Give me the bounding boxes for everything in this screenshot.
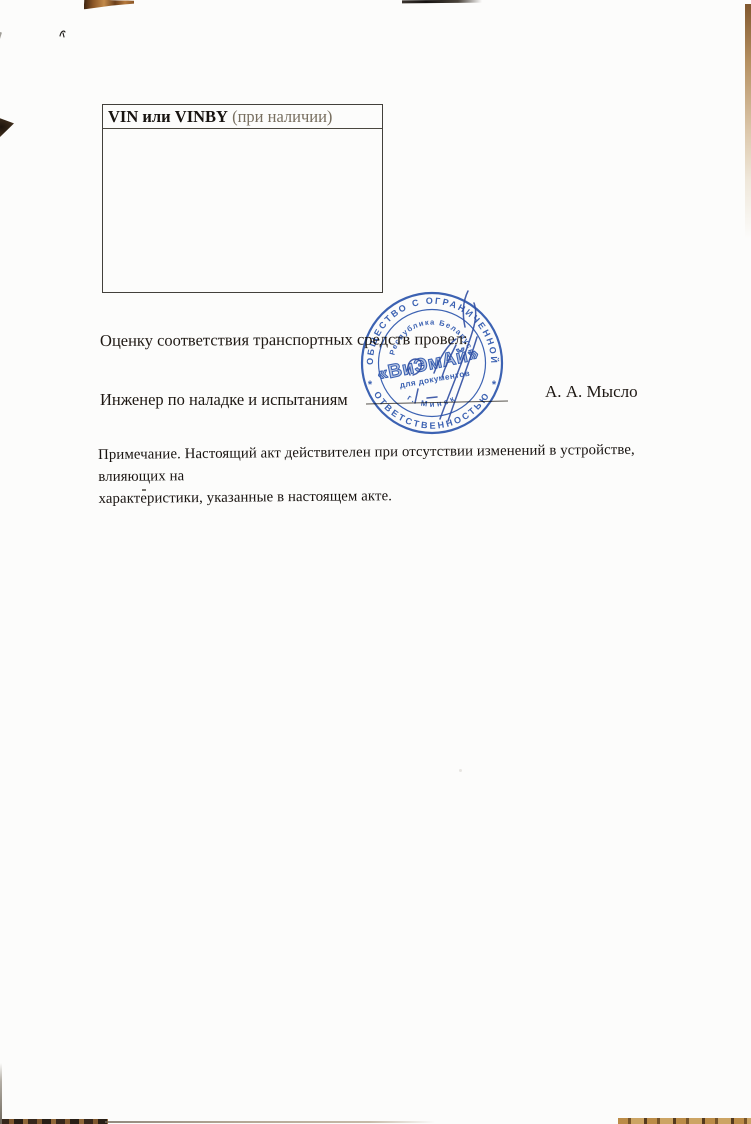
signer-name: А. А. Мысло bbox=[545, 382, 638, 402]
svg-text:г. Минск: г. Минск bbox=[406, 393, 459, 409]
scan-artifact-top-wood-strip bbox=[84, 0, 134, 11]
vin-header-note-label: (при наличии) bbox=[228, 107, 332, 126]
stamp-star-right-icon: * bbox=[492, 379, 497, 391]
stamp-star-left-icon: * bbox=[368, 379, 373, 391]
vin-header-main-label: VIN или VINBY bbox=[108, 107, 228, 126]
scan-artifact-bottom-right-strip bbox=[618, 1118, 751, 1124]
note-line-2: характеристики, указанные в настоящем ак… bbox=[98, 482, 673, 510]
scan-artifact-faint-dot bbox=[459, 769, 462, 772]
scan-artifact-left-triangle bbox=[0, 117, 14, 137]
scan-artifact-bottom-mid-strip bbox=[105, 1121, 435, 1124]
scan-artifact-left-corner-line bbox=[0, 32, 1, 61]
stamp-city-arc: г. Минск bbox=[406, 393, 459, 409]
vin-table-empty-cell bbox=[103, 129, 382, 316]
signer-role: Инженер по наладке и испытаниям bbox=[100, 390, 348, 410]
scan-artifact-right-edge-strip bbox=[745, 4, 751, 239]
scan-artifact-top-right-line bbox=[402, 0, 482, 3]
scan-artifact-bottom-left-strip bbox=[0, 1119, 108, 1124]
scan-artifact-ink-speck bbox=[58, 28, 68, 40]
vin-table-header: VIN или VINBY (при наличии) bbox=[103, 105, 382, 129]
company-stamp: ОБЩЕСТВО С ОГРАНИЧЕННОЙ ОТВЕТСТВЕННОСТЬЮ… bbox=[347, 278, 517, 448]
document-page: VIN или VINBY (при наличии) Оценку соотв… bbox=[0, 0, 751, 1124]
scan-artifact-left-bottom-edge bbox=[0, 1063, 2, 1124]
document-note: Примечание. Настоящий акт действителен п… bbox=[98, 438, 674, 510]
vin-table: VIN или VINBY (при наличии) bbox=[102, 104, 383, 293]
